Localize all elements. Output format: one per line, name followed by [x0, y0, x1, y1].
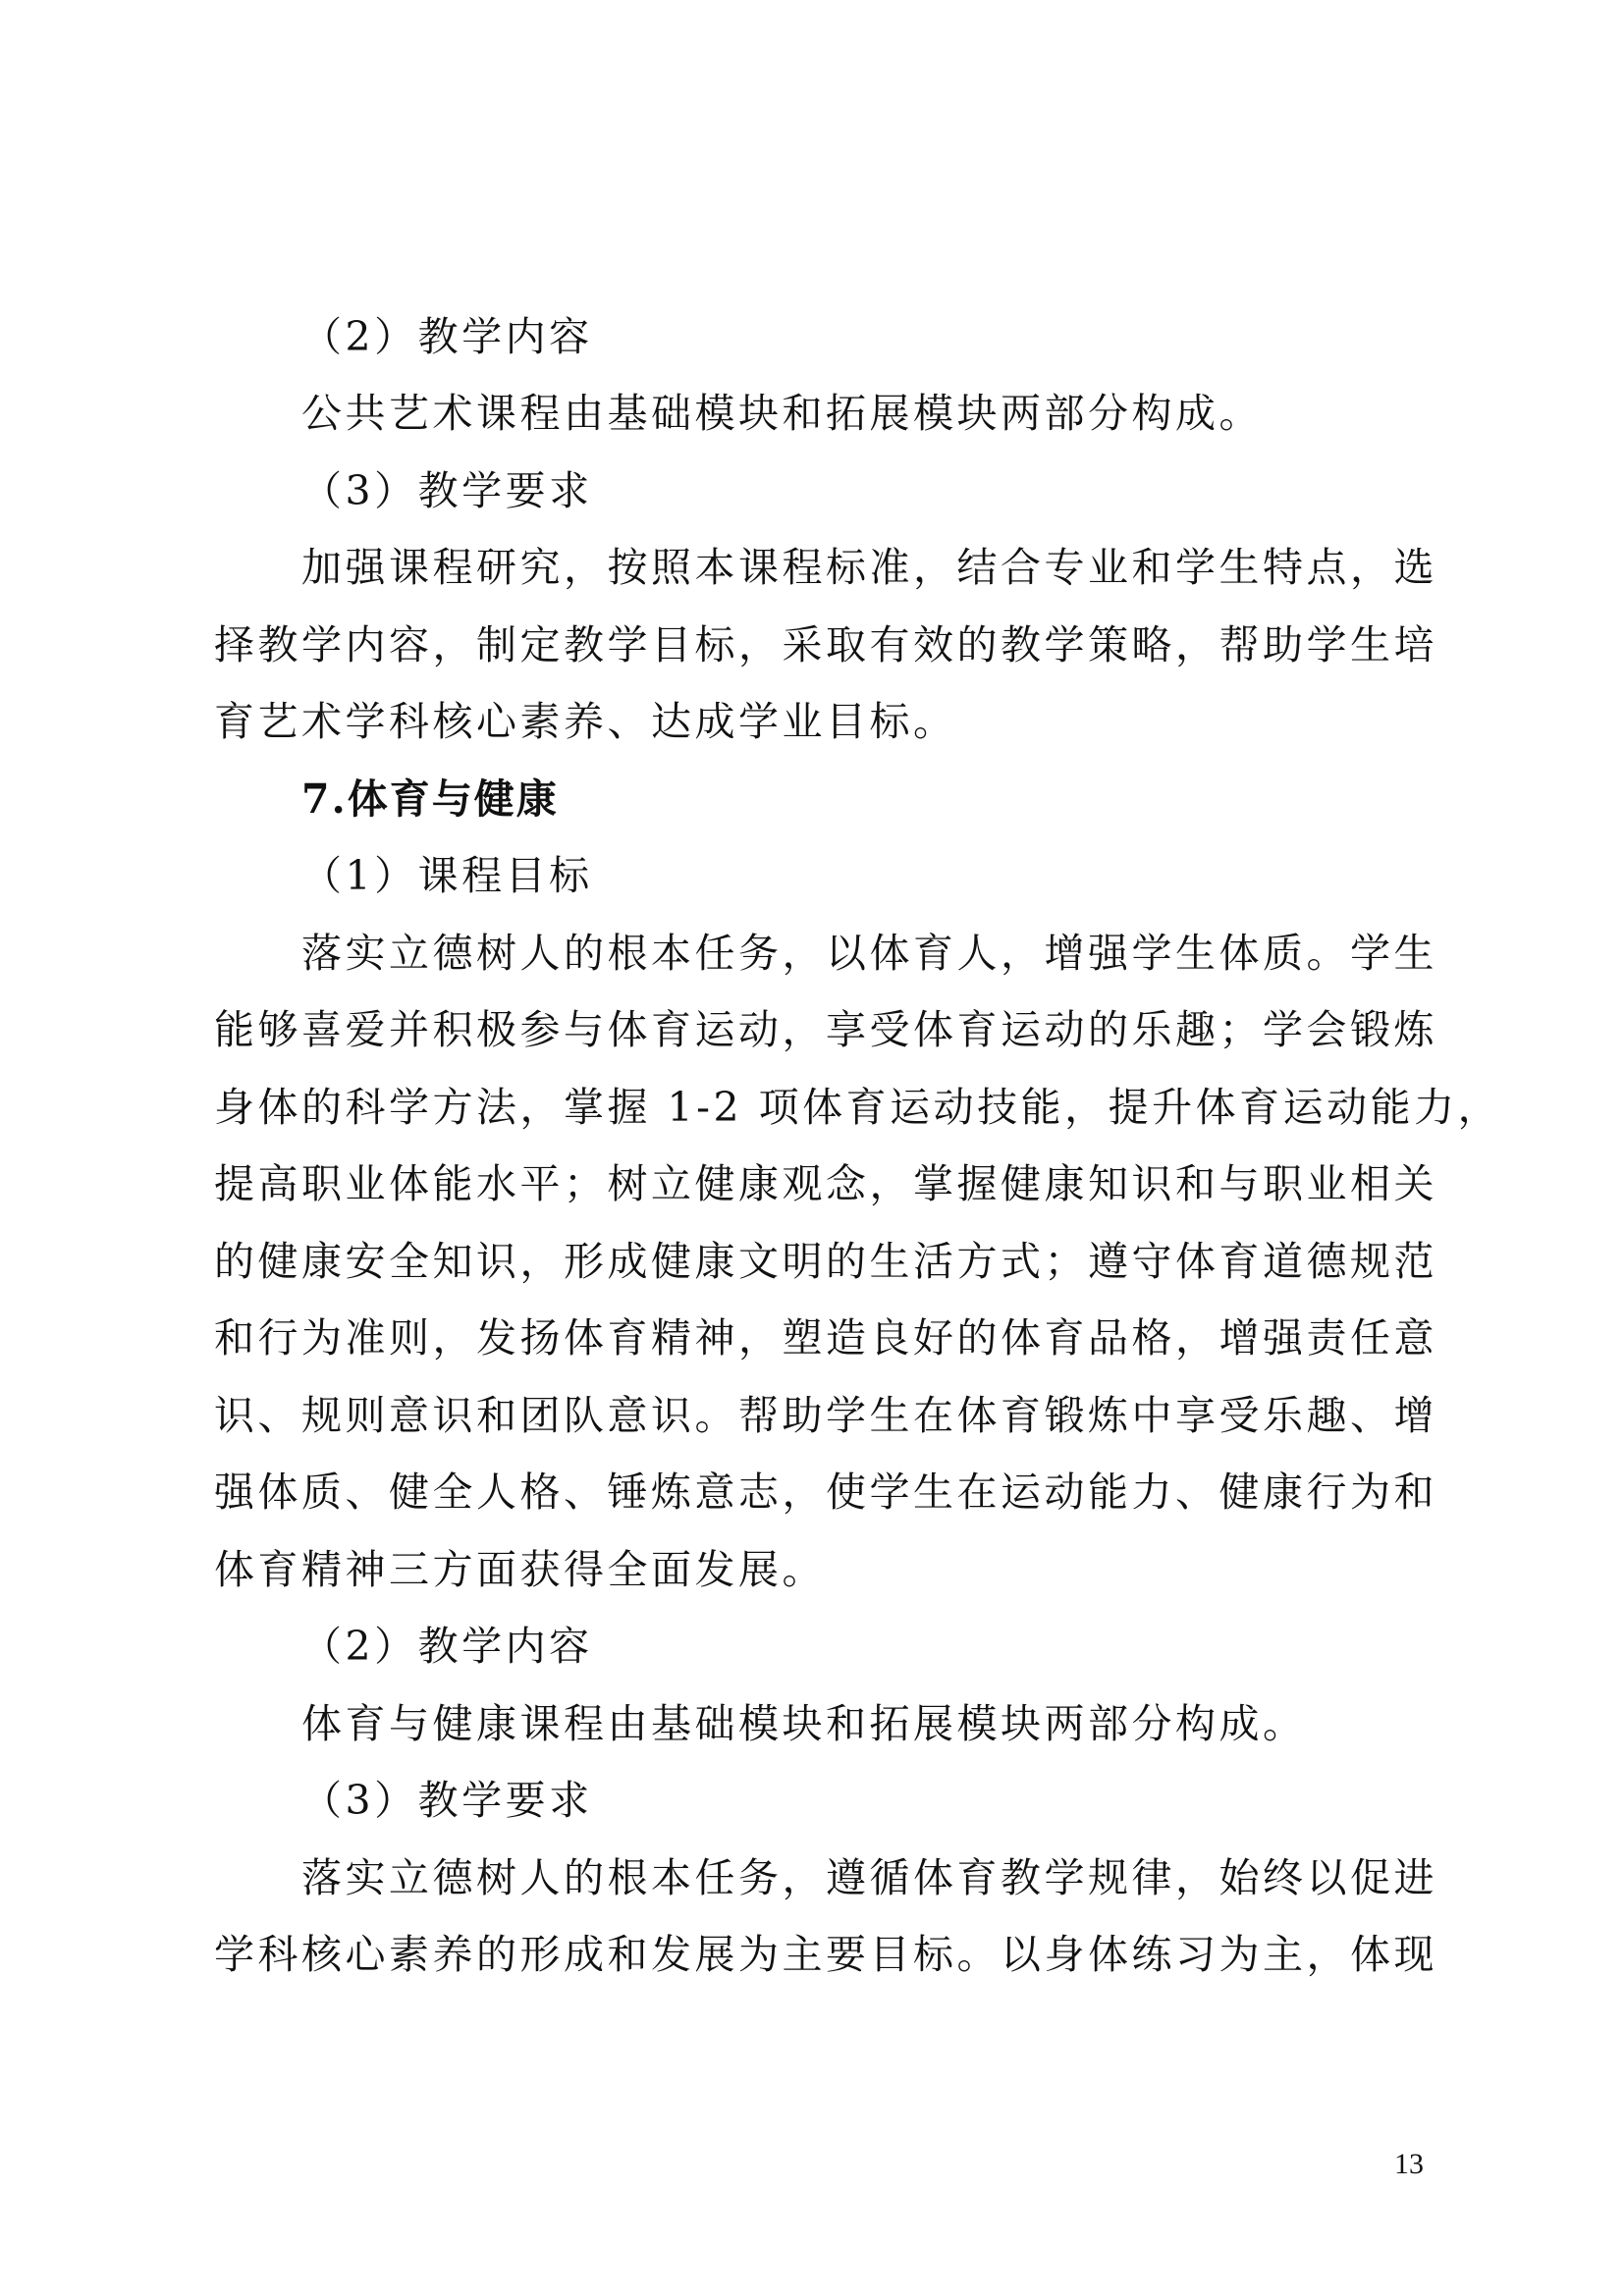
subheading-teaching-content: （2）教学内容 — [301, 307, 593, 366]
paragraph-line: 加强课程研究，按照本课程标准，结合专业和学生特点，选 — [301, 538, 1437, 597]
paragraph-line: 身体的科学方法，掌握 1-2 项体育运动技能，提升体育运动能力， — [214, 1078, 1501, 1137]
paragraph-line: 落实立德树人的根本任务，以体育人，增强学生体质。学生 — [301, 924, 1437, 983]
document-page: （2）教学内容 公共艺术课程由基础模块和拓展模块两部分构成。 （3）教学要求 加… — [0, 0, 1624, 2296]
paragraph-line: 强体质、健全人格、锤炼意志，使学生在运动能力、健康行为和 — [214, 1463, 1437, 1522]
paragraph-line: 的健康安全知识，形成健康文明的生活方式；遵守体育道德规范 — [214, 1232, 1437, 1291]
page-number: 13 — [1394, 2148, 1424, 2181]
subheading-course-objectives: （1）课程目标 — [301, 846, 593, 905]
paragraph-line: 学科核心素养的形成和发展为主要目标。以身体练习为主，体现 — [214, 1925, 1437, 1984]
paragraph-line: 能够喜爱并积极参与体育运动，享受体育运动的乐趣；学会锻炼 — [214, 1000, 1437, 1059]
paragraph-line: 择教学内容，制定教学目标，采取有效的教学策略，帮助学生培 — [214, 615, 1437, 674]
paragraph-line: 体育精神三方面获得全面发展。 — [214, 1540, 826, 1599]
subheading-teaching-content: （2）教学内容 — [301, 1617, 593, 1676]
paragraph-line: 公共艺术课程由基础模块和拓展模块两部分构成。 — [301, 384, 1263, 443]
subheading-teaching-requirements: （3）教学要求 — [301, 461, 593, 520]
paragraph-line: 和行为准则，发扬体育精神，塑造良好的体育品格，增强责任意 — [214, 1308, 1437, 1367]
paragraph-line: 体育与健康课程由基础模块和拓展模块两部分构成。 — [301, 1694, 1307, 1753]
subheading-teaching-requirements: （3）教学要求 — [301, 1771, 593, 1830]
paragraph-line: 识、规则意识和团队意识。帮助学生在体育锻炼中享受乐趣、增 — [214, 1386, 1437, 1445]
paragraph-line: 落实立德树人的根本任务，遵循体育教学规律，始终以促进 — [301, 1848, 1437, 1907]
section-heading: 7.体育与健康 — [301, 770, 559, 828]
paragraph-line: 提高职业体能水平；树立健康观念，掌握健康知识和与职业相关 — [214, 1154, 1437, 1213]
paragraph-line: 育艺术学科核心素养、达成学业目标。 — [214, 692, 957, 751]
